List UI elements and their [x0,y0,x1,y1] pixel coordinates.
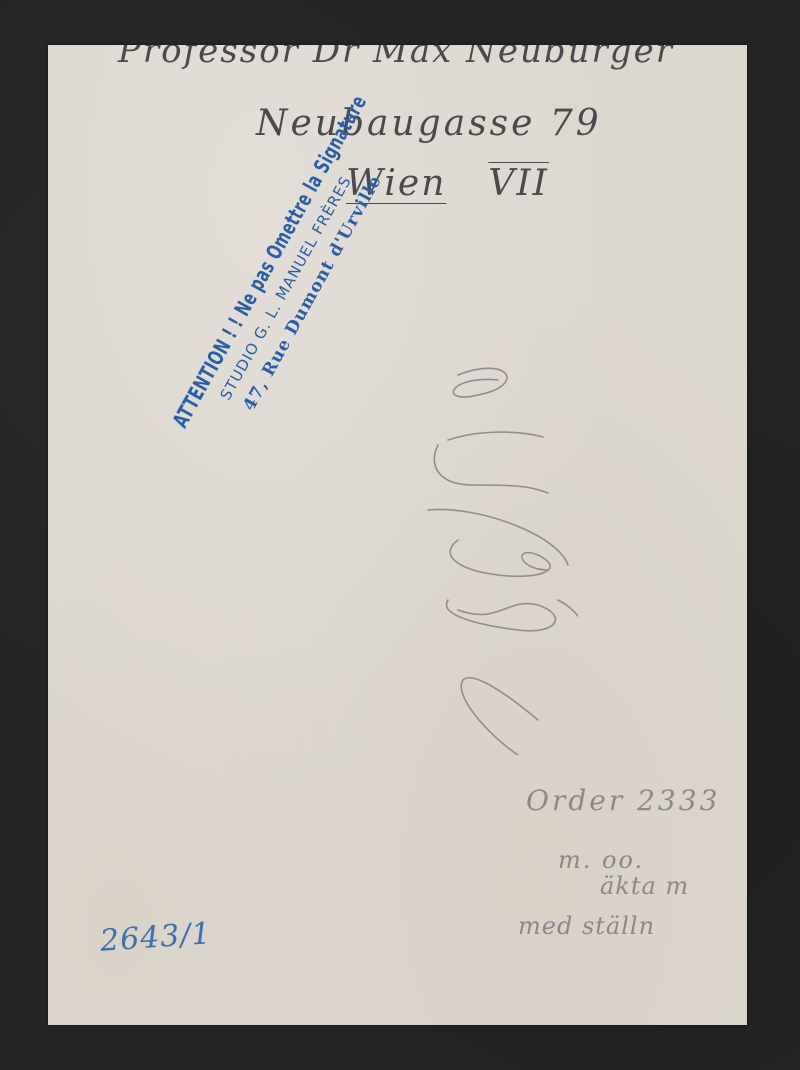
order-note-number: Order 2333 [526,783,720,819]
address-name: Professor Dr Max Neuburger [118,45,674,71]
order-note-line3: äkta m [600,871,689,902]
inventory-number: 2643/1 [99,916,213,959]
address-district: VII [488,163,548,204]
order-note-line4: med ställn [518,911,655,942]
address-street: Neubaugasse 79 [256,103,602,144]
photo-verso-paper: Professor Dr Max Neuburger Neubaugasse 7… [48,45,747,1025]
pencil-signature-icon [418,335,578,755]
